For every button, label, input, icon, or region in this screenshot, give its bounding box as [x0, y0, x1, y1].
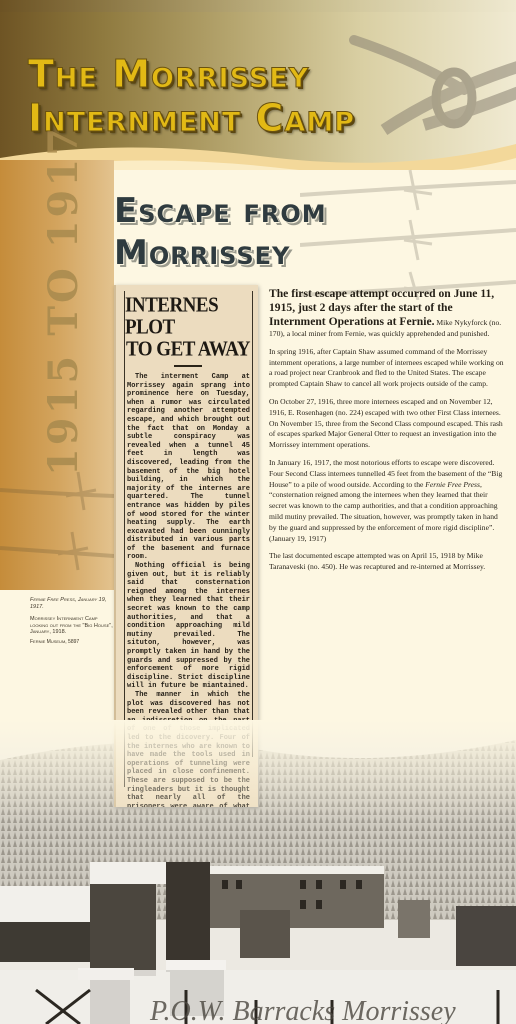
clipping-rule-right — [252, 291, 253, 757]
clipping-headline-line1: Internes Plot — [125, 295, 250, 339]
photo-credit: Fernie Museum, 5897 — [30, 639, 114, 646]
clipping-divider — [174, 365, 202, 367]
year-range-text: 1915 TO 1917 — [41, 124, 88, 475]
clipping-rule-left — [124, 291, 125, 787]
clipping-paragraph: Nothing official is being given out, but… — [127, 562, 250, 691]
paragraph-2: In spring 1916, after Captain Shaw assum… — [269, 347, 505, 390]
paragraph-4: In January 16, 1917, the most notorious … — [269, 458, 505, 544]
paragraph-5: The last documented escape attempted was… — [269, 551, 505, 573]
paragraph-4-source: Fernie Free Press — [425, 480, 480, 489]
clipping-paragraph: The interment Camp at Morrissey again sp… — [127, 373, 250, 562]
photo-caption: Morrissey Internment Camp looking out fr… — [30, 616, 114, 636]
barbed-wire-shadow-left-icon — [0, 470, 114, 580]
section-title-line2: Morrissey — [114, 232, 327, 274]
header-top-strip — [0, 0, 516, 12]
section-title-line1: Escape from — [114, 190, 327, 232]
historic-camp-photo: P.O.W. Barracks Morrissey — [0, 720, 516, 1024]
paragraph-3: On October 27, 1916, three more internee… — [269, 397, 505, 451]
year-range: 1915 TO 1917 — [34, 180, 94, 420]
clipping-headline-line2: To Get Away — [125, 339, 250, 361]
barbed-wire-shadow-icon — [300, 160, 516, 300]
photo-fade-overlay — [0, 720, 516, 1024]
main-title-line1: The Morrissey — [28, 52, 355, 96]
clipping-source-caption: Fernie Free Press, January 19, 1917. — [30, 597, 114, 610]
body-text: The first escape attempt occurred on Jun… — [269, 287, 505, 580]
section-title: Escape from Morrissey — [114, 190, 327, 274]
lead-paragraph: The first escape attempt occurred on Jun… — [269, 287, 505, 340]
clipping-headline: Internes Plot To Get Away — [125, 295, 250, 361]
paragraph-4-end: , “consternation reigned among the inter… — [269, 480, 498, 543]
image-captions: Fernie Free Press, January 19, 1917. Mor… — [30, 597, 114, 645]
